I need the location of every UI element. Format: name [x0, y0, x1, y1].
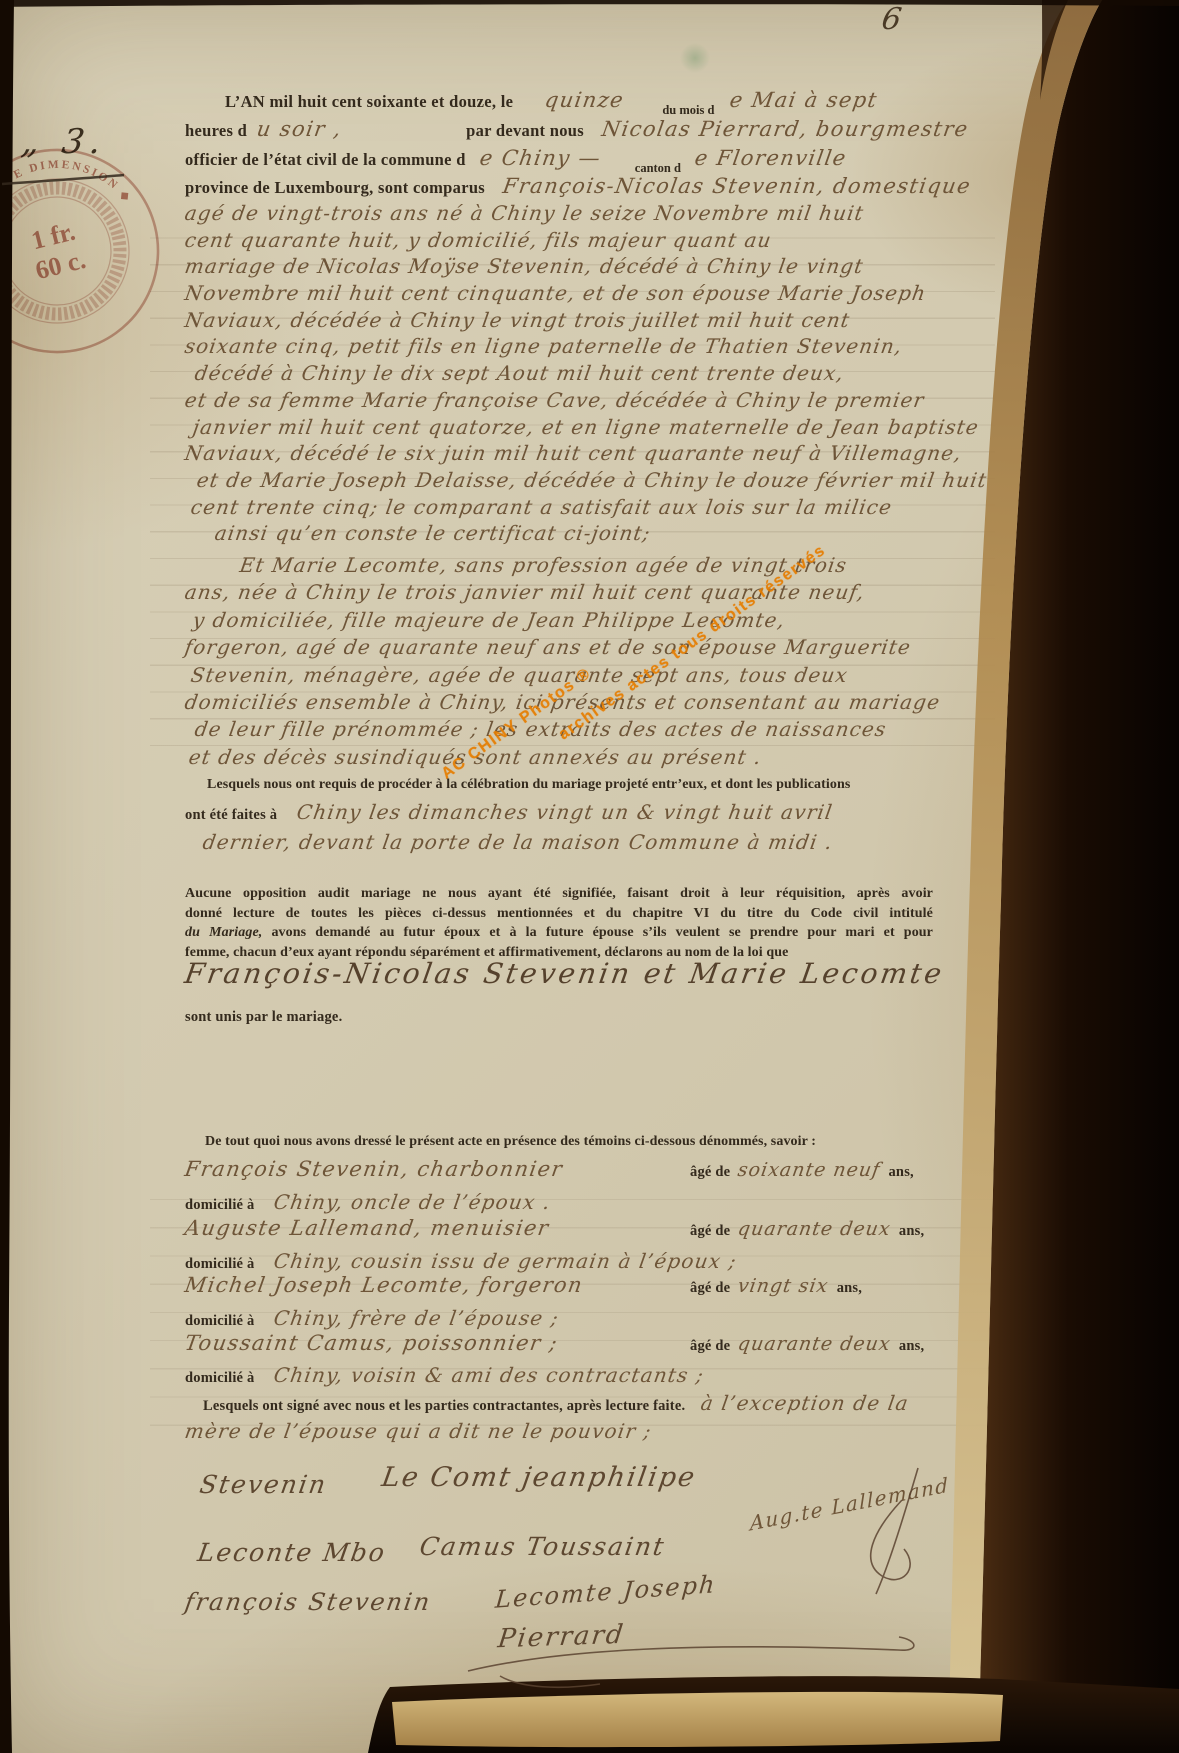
hw-exception-2: mère de l’épouse qui a dit ne le pouvoir… [183, 1419, 654, 1443]
signature-stevenin-groom: Stevenin [198, 1470, 330, 1499]
printed-du-mois: du mois d [662, 103, 714, 117]
handwritten-line: domiciliés ensemble à Chiny, ici présent… [183, 690, 942, 714]
printed-year-formula: L’AN mil huit cent soixante et douze, le [225, 92, 513, 111]
printed-publications: Lesquels nous ont requis de procéder à l… [207, 777, 850, 792]
hw-day: quinze [543, 88, 626, 112]
hw-commune: e Chiny — [478, 146, 603, 170]
handwritten-line: Novembre mil huit cent cinquante, et de … [183, 281, 928, 305]
opposition-line-3b: avons demandé au futur époux et à la fut… [271, 925, 933, 940]
printed-heures: heures d [185, 121, 247, 140]
printed-temoins-intro: De tout quoi nous avons dressé le présen… [205, 1134, 816, 1149]
bride-paragraph: Et Marie Lecomte, sans profession agée d… [185, 553, 993, 772]
hw-canton: e Florenville [693, 146, 848, 170]
printed-domicilie-a: domicilié à [185, 1313, 254, 1329]
hw-witness-age: quarante deux [737, 1218, 893, 1240]
hw-month-hour: e Mai à sept [729, 88, 880, 112]
printed-domicilie-a: domicilié à [185, 1370, 254, 1386]
witness-intro: De tout quoi nous avons dressé le présen… [185, 1132, 960, 1152]
printed-age-de: âgé de [690, 1280, 730, 1297]
handwritten-line: Et Marie Lecomte, sans profession agée d… [238, 553, 849, 577]
hw-witness-name: Michel Joseph Lecomte, forgeron [183, 1273, 585, 1297]
printed-age-de: âgé de [690, 1223, 730, 1240]
signature-camus-toussaint: Camus Toussaint [418, 1532, 668, 1561]
witness-1-domicile-line: domicilié à Chiny, oncle de l’époux . [185, 1190, 993, 1214]
printed-ans: ans, [899, 1338, 924, 1355]
printed-lesquels-ont-signe: Lesquels ont signé avec nous et les part… [203, 1398, 685, 1414]
hw-du-soir: u soir , [255, 117, 344, 141]
opposition-line-3: du Mariage, avons demandé au futur époux… [185, 923, 933, 943]
witness-3-domicile-line: domicilié à Chiny, frère de l’épouse ; [185, 1306, 993, 1330]
printed-ans: ans, [837, 1280, 862, 1297]
signature-lecomte-jeanphilippe: Le Comt jeanphilipe [380, 1462, 699, 1493]
union-printed-line: sont unis par le mariage. [185, 1008, 993, 1026]
handwritten-line: ainsi qu’en conste le certificat ci-join… [213, 521, 653, 545]
printed-par-devant: par devant nous [466, 121, 584, 140]
handwritten-line: forgeron, agé de quarante neuf ans et de… [183, 635, 913, 659]
handwritten-line: ans, née à Chiny le trois janvier mil hu… [183, 580, 867, 604]
publications-place-line: ont été faites à Chiny les dimanches vin… [185, 800, 993, 824]
handwritten-line: agé de vingt-trois ans né à Chiny le sei… [183, 201, 866, 225]
closing-line: Lesquels ont signé avec nous et les part… [185, 1391, 993, 1415]
header-line-1: L’AN mil huit cent soixante et douze, le… [185, 88, 993, 112]
hw-witness-name: Auguste Lallemand, menuisier [183, 1216, 551, 1240]
printed-officier: officier de l’état civil de la commune d [185, 150, 466, 169]
printed-domicilie-a: domicilié à [185, 1256, 254, 1272]
printed-ans: ans, [899, 1223, 924, 1240]
witness-3-name-line: Michel Joseph Lecomte, forgeron âgé de v… [185, 1273, 993, 1297]
hw-groom-name: François-Nicolas Stevenin, domestique [501, 174, 973, 198]
printed-age-de: âgé de [690, 1338, 730, 1355]
hw-spouses-names: François-Nicolas Stevenin et Marie Lecom… [182, 957, 946, 990]
hw-publication-dates: Chiny les dimanches vingt un & vingt hui… [295, 800, 835, 824]
signature-pierrard: Pierrard [496, 1620, 626, 1655]
header-line-2: heures d u soir , par devant nous Nicola… [185, 117, 993, 141]
handwritten-line: mariage de Nicolas Moÿse Stevenin, décéd… [183, 254, 865, 278]
handwritten-line: Naviaux, décédée à Chiny le vingt trois … [183, 308, 852, 332]
hw-witness-name: François Stevenin, charbonnier [183, 1157, 565, 1181]
handwritten-line: de leur fille prénommée ; les extraits d… [193, 717, 888, 741]
witness-4-domicile-line: domicilié à Chiny, voisin & ami des cont… [185, 1363, 993, 1387]
printed-faites-a: ont été faites à [185, 807, 277, 823]
groom-paragraph: agé de vingt-trois ans né à Chiny le sei… [185, 201, 993, 548]
hw-witness-age: quarante deux [737, 1333, 893, 1355]
handwritten-line: et de Marie Joseph Delaisse, décédée à C… [195, 468, 989, 492]
header-line-3: officier de l’état civil de la commune d… [185, 146, 993, 170]
scanned-marriage-act-page: „ 3. 6 TIMBRE DE DIMENSION ◆ 1 fr. 60 c.… [0, 0, 1179, 1753]
handwritten-line: soixante cinq, petit fils en ligne pater… [183, 334, 904, 358]
handwritten-line: janvier mil huit cent quatorze, et en li… [191, 415, 981, 439]
hw-witness-age: soixante neuf [737, 1159, 883, 1181]
publications-printed: Lesquels nous ont requis de procéder à l… [185, 775, 955, 795]
opposition-line-1: Aucune opposition audit mariage ne nous … [185, 884, 933, 904]
printed-canton: canton d [635, 161, 681, 175]
hw-witness-domicile: Chiny, voisin & ami des contractants ; [273, 1363, 707, 1387]
witness-1-name-line: François Stevenin, charbonnier âgé de so… [185, 1157, 993, 1181]
hw-witness-name: Toussaint Camus, poissonnier ; [183, 1331, 560, 1355]
printed-domicilie-a: domicilié à [185, 1197, 254, 1213]
handwritten-line: y domiciliée, fille majeure de Jean Phil… [191, 608, 787, 632]
opposition-line-2: donné lecture de toutes les pièces ci-de… [185, 904, 933, 924]
closing-continuation: mère de l’épouse qui a dit ne le pouvoir… [185, 1419, 993, 1443]
witness-4-name-line: Toussaint Camus, poissonnier ; âgé de qu… [185, 1331, 993, 1355]
union-names-line: François-Nicolas Stevenin et Marie Lecom… [185, 957, 993, 990]
printed-ans: ans, [888, 1164, 913, 1181]
printed-province: province de Luxembourg, sont comparus [185, 178, 485, 197]
hw-exception: à l’exception de la [699, 1391, 911, 1415]
witness-2-name-line: Auguste Lallemand, menuisier âgé de quar… [185, 1216, 993, 1240]
printed-age-de: âgé de [690, 1164, 730, 1181]
hw-publication-place: dernier, devant la porte de la maison Co… [201, 830, 835, 854]
hw-officer-name: Nicolas Pierrard, bourgmestre [600, 117, 970, 141]
handwritten-line: cent quarante huit, y domicilié, fils ma… [183, 228, 774, 252]
printed-sont-unis: sont unis par le mariage. [185, 1009, 342, 1025]
header-line-4: province de Luxembourg, sont comparus Fr… [185, 174, 993, 198]
handwritten-line: Naviaux, décédé le six juin mil huit cen… [183, 441, 964, 465]
signature-leconte: Leconte Mbo [196, 1538, 389, 1567]
handwritten-line: et de sa femme Marie françoise Cave, déc… [183, 388, 926, 412]
opposition-paragraph: Aucune opposition audit mariage ne nous … [185, 884, 933, 962]
hw-witness-domicile: Chiny, frère de l’épouse ; [273, 1306, 562, 1330]
hw-witness-domicile: Chiny, oncle de l’époux . [273, 1190, 554, 1214]
hw-witness-domicile: Chiny, cousin issu de germain à l’époux … [273, 1249, 740, 1273]
opposition-du-mariage: du Mariage, [185, 925, 262, 940]
handwritten-line: Stevenin, ménagère, agée de quarante sep… [189, 663, 850, 687]
handwritten-line: cent trente cinq; le comparant a satisfa… [189, 495, 894, 519]
handwritten-line: décédé à Chiny le dix sept Aout mil huit… [193, 361, 846, 385]
hw-witness-age: vingt six [737, 1275, 831, 1297]
handwritten-line: et des décès susindiqués sont annexés au… [187, 745, 764, 769]
signature-francois-stevenin: françois Stevenin [183, 1588, 434, 1616]
publications-continuation: dernier, devant la porte de la maison Co… [185, 830, 993, 854]
witness-2-domicile-line: domicilié à Chiny, cousin issu de germai… [185, 1249, 993, 1273]
